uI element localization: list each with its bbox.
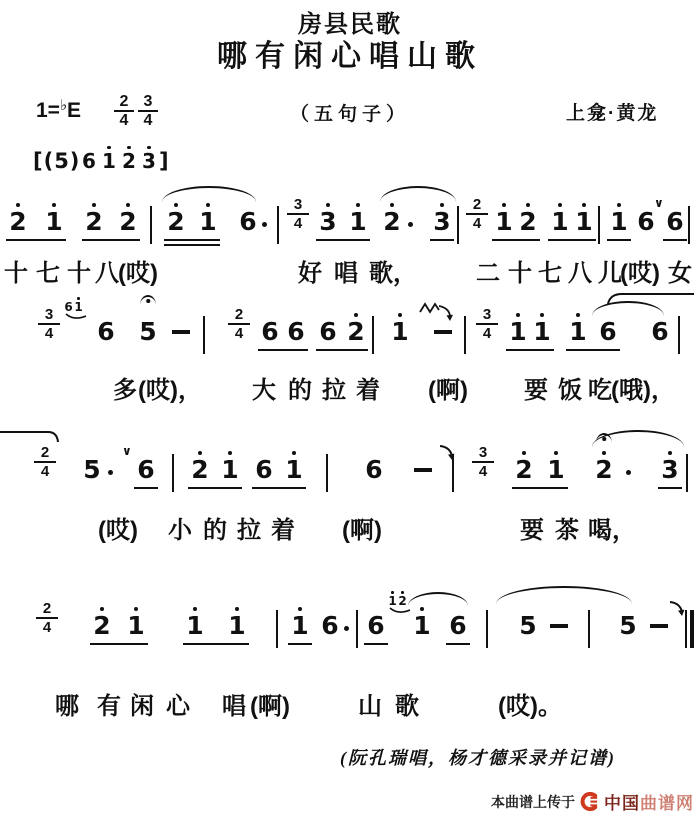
grace-digits: 61 (64, 296, 88, 313)
note: 1 (548, 200, 572, 235)
note-token: 5 (616, 604, 640, 639)
barline (678, 316, 680, 354)
note-digit: 3 (661, 457, 678, 483)
note-digit: 6 (599, 319, 616, 345)
beam-group: 11 (506, 310, 554, 345)
note: 1 (506, 310, 530, 345)
note-digit: 1 (102, 151, 116, 172)
lyric-text: 二 (476, 253, 500, 288)
note-token: 1 (410, 604, 434, 639)
note: 2 (512, 448, 536, 483)
note: 1 (99, 144, 119, 172)
note: 1 (492, 200, 516, 235)
octave-dot (440, 203, 444, 207)
meter-numerator: 3 (287, 197, 309, 215)
note: 3 (316, 200, 340, 235)
underline-beam (548, 239, 596, 241)
note-digit: 6 (287, 319, 304, 345)
note-digit: 6 (367, 613, 384, 639)
lyric-text: 歌， (369, 253, 417, 288)
beam-group: 21 (188, 448, 242, 483)
lyrics-line-4: 哪有闲心唱(啊)山歌(哎)。 (0, 686, 700, 720)
music-line-1: 212221634312324121116∨6 (0, 182, 700, 260)
note-digit: 2 (347, 319, 364, 345)
octave-dot (390, 203, 394, 207)
barline (464, 316, 466, 354)
beam-group: 6 (663, 200, 687, 235)
sheet-music-page: 房县民歌 哪有闲心唱山歌 1=♭E 2 4 3 4 （五句子） 上龛·黄龙 [(… (0, 0, 700, 823)
barline (372, 316, 374, 354)
note-digit: 6 (637, 209, 654, 235)
song-title: 哪有闲心唱山歌 (0, 31, 700, 75)
note-digit: 1 (509, 319, 526, 345)
note: 2 (592, 448, 616, 483)
octave-dot (356, 203, 360, 207)
note: 6 (79, 144, 99, 172)
slur-arc (380, 186, 456, 202)
octave-dot (326, 203, 330, 207)
lyric-text: 的 (203, 510, 227, 545)
note: 6 (236, 200, 260, 235)
meter-numerator: 2 (228, 307, 250, 325)
note-digit: 2 (515, 457, 532, 483)
augmentation-dot (626, 470, 631, 475)
barline (457, 206, 459, 244)
time-signature: 24 (466, 197, 488, 232)
barline (276, 610, 278, 648)
octave-dot (354, 313, 358, 317)
note: 1 (572, 200, 596, 235)
note-token: 5 (516, 604, 540, 639)
octave-dot (292, 451, 296, 455)
note-digit: 6 (321, 613, 338, 639)
underline-beam (430, 239, 454, 241)
grace-note: 1 (388, 590, 397, 607)
note: 2 (516, 200, 540, 235)
note-digit: 1 (186, 613, 203, 639)
note-digit: 2 (93, 613, 110, 639)
meter-denominator: 4 (476, 325, 498, 342)
octave-dot (126, 203, 130, 207)
note: 1 (544, 448, 568, 483)
barline (686, 454, 688, 492)
underline-beam (252, 487, 306, 489)
octave-dot (617, 203, 621, 207)
note: 1 (183, 604, 207, 639)
note-digit: 1 (45, 209, 62, 235)
lyric-text: 七 (538, 253, 562, 288)
meter-denominator: 4 (138, 112, 158, 129)
lyric-text: (啊) (250, 686, 290, 721)
underline-beam-2 (164, 244, 220, 246)
slur-arc (162, 186, 256, 202)
barline (203, 316, 205, 354)
grace-note: 2 (398, 590, 407, 607)
barline (326, 454, 328, 492)
note-digit: 1 (610, 209, 627, 235)
note-digit: 2 (119, 209, 136, 235)
underline-beam (446, 643, 470, 645)
underline-beam (90, 643, 148, 645)
barline (172, 454, 174, 492)
lyrics-line-1: 十七十八(哎)好唱歌，二十七八儿(哎)女 (0, 253, 700, 287)
lyric-text: 多 (113, 370, 137, 405)
meter-2-4: 2 4 (114, 93, 134, 129)
note: 5 (136, 310, 160, 345)
beam-group: 62 (316, 310, 368, 345)
duration-dash (414, 468, 432, 472)
barline (688, 206, 690, 244)
note: 3 (658, 448, 682, 483)
underline-beam (566, 349, 620, 351)
lyric-text: 十 (4, 253, 28, 288)
lyric-text: 唱 (222, 686, 246, 721)
duration-dash (550, 624, 568, 628)
beam-group: 6 (446, 604, 470, 639)
barline (277, 206, 279, 244)
note: 6 (446, 604, 470, 639)
octave-dot (52, 203, 56, 207)
beam-group: 6 (364, 604, 388, 639)
underline-beam (658, 487, 682, 489)
note: 6 (134, 448, 158, 483)
octave-dot (134, 607, 138, 611)
underline-beam (364, 643, 388, 645)
note: 2 (82, 200, 106, 235)
lyric-text: 吃 (588, 370, 612, 405)
beam-group: 31 (316, 200, 370, 235)
note: 1 (196, 200, 220, 235)
lyric-text: 小 (168, 510, 192, 545)
note: 5 (80, 448, 104, 483)
thick-bar (690, 610, 694, 648)
note-digit: 1 (569, 319, 586, 345)
note-digit: 6 (319, 319, 336, 345)
flat-sign-icon: ♭ (60, 97, 67, 114)
note: 2 (344, 310, 368, 345)
slur-arc (496, 586, 632, 604)
site-brand-name[interactable]: 中国曲谱网 (604, 789, 694, 814)
music-line-3: 245∨621616342123 (0, 430, 700, 508)
underline-beam (134, 487, 158, 489)
duration-dash (434, 330, 452, 334)
lyric-text: (哎)。 (498, 686, 562, 721)
form-label: （五句子） (250, 99, 450, 126)
lyric-text: (哎)， (138, 370, 202, 405)
note-digit: 1 (285, 457, 302, 483)
note-token: 2 (592, 448, 616, 483)
note-digit: 1 (533, 319, 550, 345)
meter-denominator: 4 (34, 463, 56, 480)
lyric-text: 茶 (555, 510, 579, 545)
octave-dot (576, 313, 580, 317)
note: 2 (116, 200, 140, 235)
beam-group: 3 (658, 448, 682, 483)
lyric-text: 哪 (55, 686, 79, 721)
note-token: 6 (79, 144, 99, 172)
octave-dot (174, 203, 178, 207)
note-digit: 6 (261, 319, 278, 345)
underline-beam (183, 643, 249, 645)
note-digit: 3 (433, 209, 450, 235)
note-digit: 1 (388, 595, 396, 607)
note: 1 (346, 200, 370, 235)
note: 1 (282, 448, 306, 483)
lyric-text: 八 (95, 253, 119, 288)
barline (452, 454, 454, 492)
note-digit: 6 (666, 209, 683, 235)
note-digit: 3 (142, 151, 156, 172)
key-signature: 1=♭E (36, 96, 81, 123)
beam-group: 3 (430, 200, 454, 235)
key-prefix: 1= (36, 99, 60, 122)
brand-rest: 曲谱网 (640, 794, 694, 813)
grace-slur (388, 607, 412, 615)
note-token: 6 (362, 448, 386, 483)
fermata-mark (140, 295, 156, 305)
octave-dot (502, 203, 506, 207)
lyric-text: 着 (271, 510, 295, 545)
lyric-text: 儿 (598, 253, 622, 288)
octave-dot (16, 203, 20, 207)
underline-beam (492, 239, 540, 241)
note: 2 (188, 448, 212, 483)
beam-group: 12 (492, 200, 540, 235)
note-digit: 2 (595, 457, 612, 483)
octave-dot (558, 203, 562, 207)
grace-note: 1 (74, 296, 83, 313)
note-digit: 3 (319, 209, 336, 235)
note-digit: 6 (365, 457, 382, 483)
time-signature: 24 (36, 601, 58, 636)
beam-group: 1 (607, 200, 631, 235)
lyric-text: 着 (356, 370, 380, 405)
note-digit: 2 (85, 209, 102, 235)
grace-slur (64, 313, 88, 321)
note: 6 (663, 200, 687, 235)
note: 2 (90, 604, 114, 639)
note-digit: 1 (349, 209, 366, 235)
underline-beam (6, 239, 66, 241)
octave-dot (602, 451, 606, 455)
underline-beam (164, 239, 220, 241)
note-digit: 2 (398, 595, 406, 607)
music-site-logo-icon (580, 792, 599, 811)
lyric-text: 女 (668, 253, 692, 288)
note-token: 2 (119, 144, 139, 172)
note-digit: 1 (551, 209, 568, 235)
lyric-text: (啊) (342, 510, 382, 545)
note: 1 (388, 310, 412, 345)
beam-group: 21 (6, 200, 66, 235)
beam-group: 11 (548, 200, 596, 235)
music-line-4: 242111166121655 (0, 586, 700, 664)
meter-denominator: 4 (36, 619, 58, 636)
lyric-text: 好 (298, 253, 322, 288)
underline-beam (316, 349, 368, 351)
underline-beam (82, 239, 140, 241)
intro-phrase-line: [(5)6123] (33, 136, 233, 180)
duration-dash (172, 330, 190, 334)
lyric-text: 十 (67, 253, 91, 288)
note-digit: 1 (291, 613, 308, 639)
upload-note-text: 本曲谱上传于 (491, 792, 575, 812)
meter-denominator: 4 (472, 463, 494, 480)
augmentation-dot (262, 222, 267, 227)
note-token: 6 (94, 310, 118, 345)
lyric-text: 饭 (558, 370, 582, 405)
note-digit: 6 (449, 613, 466, 639)
barline (588, 610, 590, 648)
time-signature: 24 (34, 445, 56, 480)
note-digit: 6 (239, 209, 256, 235)
lyric-text: 唱 (334, 253, 358, 288)
lyric-text: 八 (568, 253, 592, 288)
octave-dot (516, 313, 520, 317)
octave-dot (228, 451, 232, 455)
beam-group: 21 (512, 448, 568, 483)
time-signature: 34 (476, 307, 498, 342)
lyric-text: 十 (508, 253, 532, 288)
note-digit: 1 (495, 209, 512, 235)
barline (598, 206, 600, 244)
grace-note: 6 (64, 296, 73, 313)
lyric-text: 闲 (130, 686, 154, 721)
note: 1 (42, 200, 66, 235)
key-letter: E (67, 99, 81, 122)
note-digit: 1 (127, 613, 144, 639)
octave-dot (554, 451, 558, 455)
note: 6 (364, 604, 388, 639)
note: 1 (225, 604, 249, 639)
note-digit: 5 (619, 613, 636, 639)
octave-dot (522, 451, 526, 455)
octave-dot (582, 203, 586, 207)
lyrics-line-3: (哎)小的拉着(啊)要茶喝， (0, 510, 700, 544)
note: 6 (258, 310, 282, 345)
note-digit: 6 (82, 151, 96, 172)
underline-beam (506, 349, 554, 351)
underline-beam (188, 487, 242, 489)
note-token: 6 (236, 200, 260, 235)
note: 6 (252, 448, 276, 483)
note-token: 5 (136, 310, 160, 345)
octave-dot (100, 607, 104, 611)
note: 1 (218, 448, 242, 483)
note-digit: 2 (519, 209, 536, 235)
lyric-text: 拉 (322, 370, 346, 405)
beam-group: 22 (82, 200, 140, 235)
note: 1 (607, 200, 631, 235)
note-token: 2 (380, 200, 404, 235)
beam-group: 21 (164, 200, 220, 235)
meter-denominator: 4 (287, 215, 309, 232)
note: 2 (164, 200, 188, 235)
beam-group: 66 (258, 310, 308, 345)
thin-bar (685, 610, 687, 648)
note-digit: 1 (221, 457, 238, 483)
lyric-text: (啊) (428, 370, 468, 405)
intro-text: ] (159, 150, 170, 172)
note-digit: 2 (122, 151, 136, 172)
lyric-text: 大 (252, 370, 276, 405)
note-token: 5 (80, 448, 104, 483)
note-digit: 5 (519, 613, 536, 639)
lyric-text: 山 (358, 686, 382, 721)
octave-dot (92, 203, 96, 207)
meter-numerator: 2 (34, 445, 56, 463)
time-signature: 34 (472, 445, 494, 480)
lyric-text: (哎) (620, 253, 660, 288)
lyrics-line-2: 多(哎)，大的拉着(啊)要饭吃(哦)， (0, 370, 700, 404)
meter-numerator: 3 (472, 445, 494, 463)
lyric-text: 的 (288, 370, 312, 405)
note: 2 (380, 200, 404, 235)
meter-numerator: 3 (476, 307, 498, 325)
lyric-text: (哎) (118, 253, 158, 288)
note-digit: 2 (383, 209, 400, 235)
note-digit: 6 (64, 301, 72, 313)
lyric-text: 有 (97, 686, 121, 721)
meter-denominator: 4 (114, 112, 134, 129)
note-digit: 2 (167, 209, 184, 235)
note-digit: 6 (651, 319, 668, 345)
octave-dot (193, 607, 197, 611)
music-line-2: 34616524666213411166 (0, 292, 700, 370)
note-token: 3 (139, 144, 159, 172)
watermark-footer: 本曲谱上传于 中国曲谱网 (491, 789, 694, 814)
note: 2 (119, 144, 139, 172)
underline-beam (258, 349, 308, 351)
note: 5 (516, 604, 540, 639)
note-digit: 5 (139, 319, 156, 345)
performer-credit: (阮孔瑞唱，杨才德采录并记谱) (340, 744, 616, 770)
time-signature: 34 (38, 307, 60, 342)
grace-notes: 61 (64, 296, 88, 321)
octave-dot (198, 451, 202, 455)
breath-mark: ∨ (122, 444, 132, 458)
underline-beam (607, 239, 631, 241)
note: 3 (430, 200, 454, 235)
augmentation-dot (344, 626, 349, 631)
beam-group: 11 (183, 604, 249, 639)
note: 6 (316, 310, 340, 345)
note-digit: 6 (137, 457, 154, 483)
octave-dot (398, 313, 402, 317)
lyric-text: 七 (36, 253, 60, 288)
trill-fall-mark (418, 300, 455, 323)
octave-dot (206, 203, 210, 207)
note: 1 (124, 604, 148, 639)
lyric-text: 要 (524, 370, 548, 405)
intro-text: [(5) (33, 150, 80, 172)
augmentation-dot (108, 470, 113, 475)
note: 6 (318, 604, 342, 639)
note: 6 (284, 310, 308, 345)
meter-numerator: 3 (38, 307, 60, 325)
lyric-text: (哎) (98, 510, 138, 545)
lyric-text: 歌 (395, 686, 419, 721)
note-token: 1 (99, 144, 119, 172)
note-digit: 1 (391, 319, 408, 345)
note-token: 6 (318, 604, 342, 639)
barline (486, 610, 488, 648)
octave-dot (235, 607, 239, 611)
underline-beam (316, 239, 370, 241)
note: 1 (410, 604, 434, 639)
note-digit: 6 (255, 457, 272, 483)
note: 1 (566, 310, 590, 345)
